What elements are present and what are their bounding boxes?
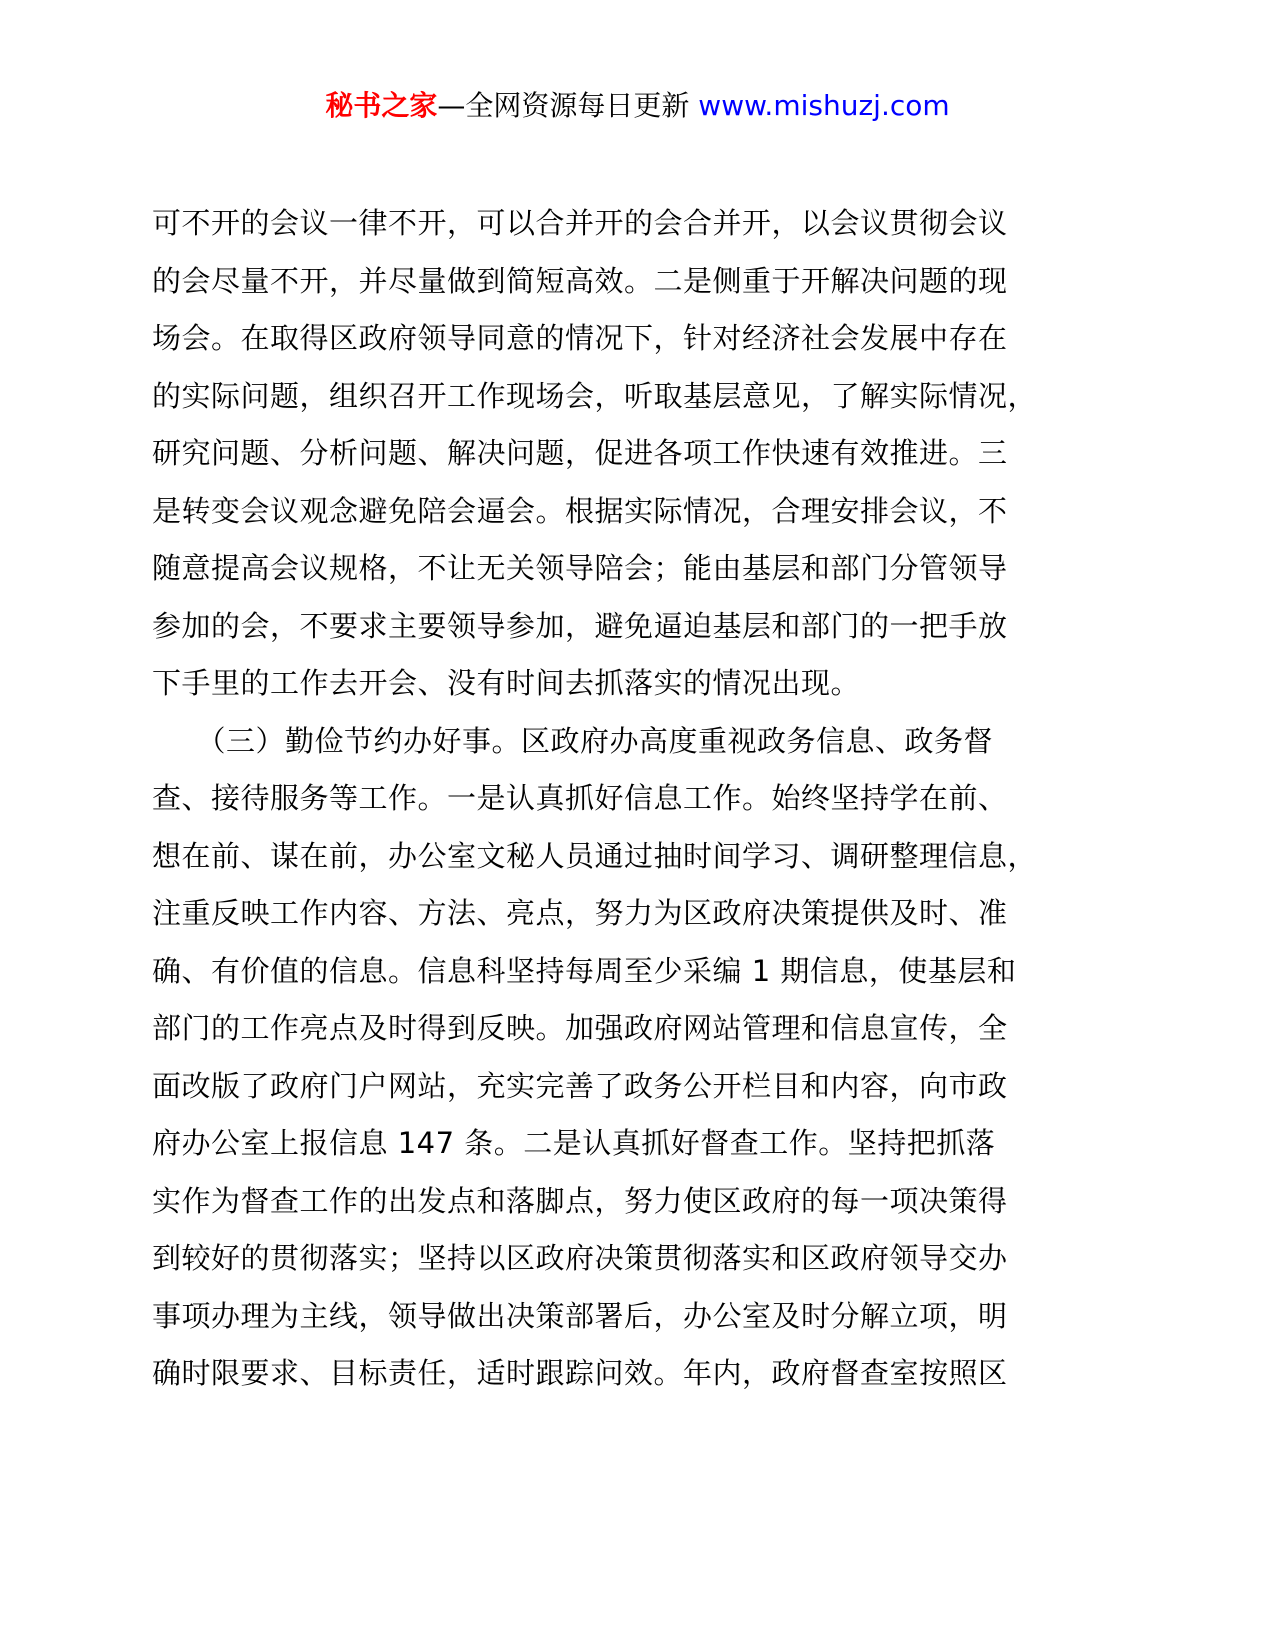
- text-line: 想在前、谋在前，办公室文秘人员通过抽时间学习、调研整理信息，: [152, 828, 1137, 886]
- text-line: 研究问题、分析问题、解决问题，促进各项工作快速有效推进。三: [152, 425, 1137, 483]
- section-heading-line: （三）勤俭节约办好事。区政府办高度重视政务信息、政务督: [152, 713, 1137, 771]
- text-line: 确时限要求、目标责任，适时跟踪问效。年内，政府督查室按照区: [152, 1345, 1137, 1403]
- text-line: 事项办理为主线，领导做出决策部署后，办公室及时分解立项，明: [152, 1288, 1137, 1346]
- text-line: 下手里的工作去开会、没有时间去抓落实的情况出现。: [152, 655, 1137, 713]
- text-line: 查、接待服务等工作。一是认真抓好信息工作。始终坚持学在前、: [152, 770, 1137, 828]
- text-line: 注重反映工作内容、方法、亮点，努力为区政府决策提供及时、准: [152, 885, 1137, 943]
- brand-name: 秘书之家: [325, 89, 437, 122]
- text-line: 的实际问题，组织召开工作现场会，听取基层意见，了解实际情况，: [152, 368, 1137, 426]
- document-body: 可不开的会议一律不开，可以合并开的会合并开，以会议贯彻会议 的会尽量不开，并尽量…: [152, 195, 1137, 1403]
- text-line: 府办公室上报信息 147 条。二是认真抓好督查工作。坚持把抓落: [152, 1115, 1137, 1173]
- text-line: 面改版了政府门户网站，充实完善了政务公开栏目和内容，向市政: [152, 1058, 1137, 1116]
- text-line: 场会。在取得区政府领导同意的情况下，针对经济社会发展中存在: [152, 310, 1137, 368]
- text-line: 部门的工作亮点及时得到反映。加强政府网站管理和信息宣传，全: [152, 1000, 1137, 1058]
- text-line: 参加的会，不要求主要领导参加，避免逼迫基层和部门的一把手放: [152, 598, 1137, 656]
- header-tagline: —全网资源每日更新: [437, 89, 689, 122]
- page-header: 秘书之家—全网资源每日更新 www.mishuzj.com: [0, 86, 1275, 126]
- text-line: 到较好的贯彻落实；坚持以区政府决策贯彻落实和区政府领导交办: [152, 1230, 1137, 1288]
- text-line: 确、有价值的信息。信息科坚持每周至少采编 1 期信息，使基层和: [152, 943, 1137, 1001]
- text-line: 实作为督查工作的出发点和落脚点，努力使区政府的每一项决策得: [152, 1173, 1137, 1231]
- text-line: 随意提高会议规格，不让无关领导陪会；能由基层和部门分管领导: [152, 540, 1137, 598]
- site-url-link[interactable]: www.mishuzj.com: [698, 89, 949, 122]
- text-line: 是转变会议观念避免陪会逼会。根据实际情况，合理安排会议，不: [152, 483, 1137, 541]
- text-line: 的会尽量不开，并尽量做到简短高效。二是侧重于开解决问题的现: [152, 253, 1137, 311]
- text-line: 可不开的会议一律不开，可以合并开的会合并开，以会议贯彻会议: [152, 195, 1137, 253]
